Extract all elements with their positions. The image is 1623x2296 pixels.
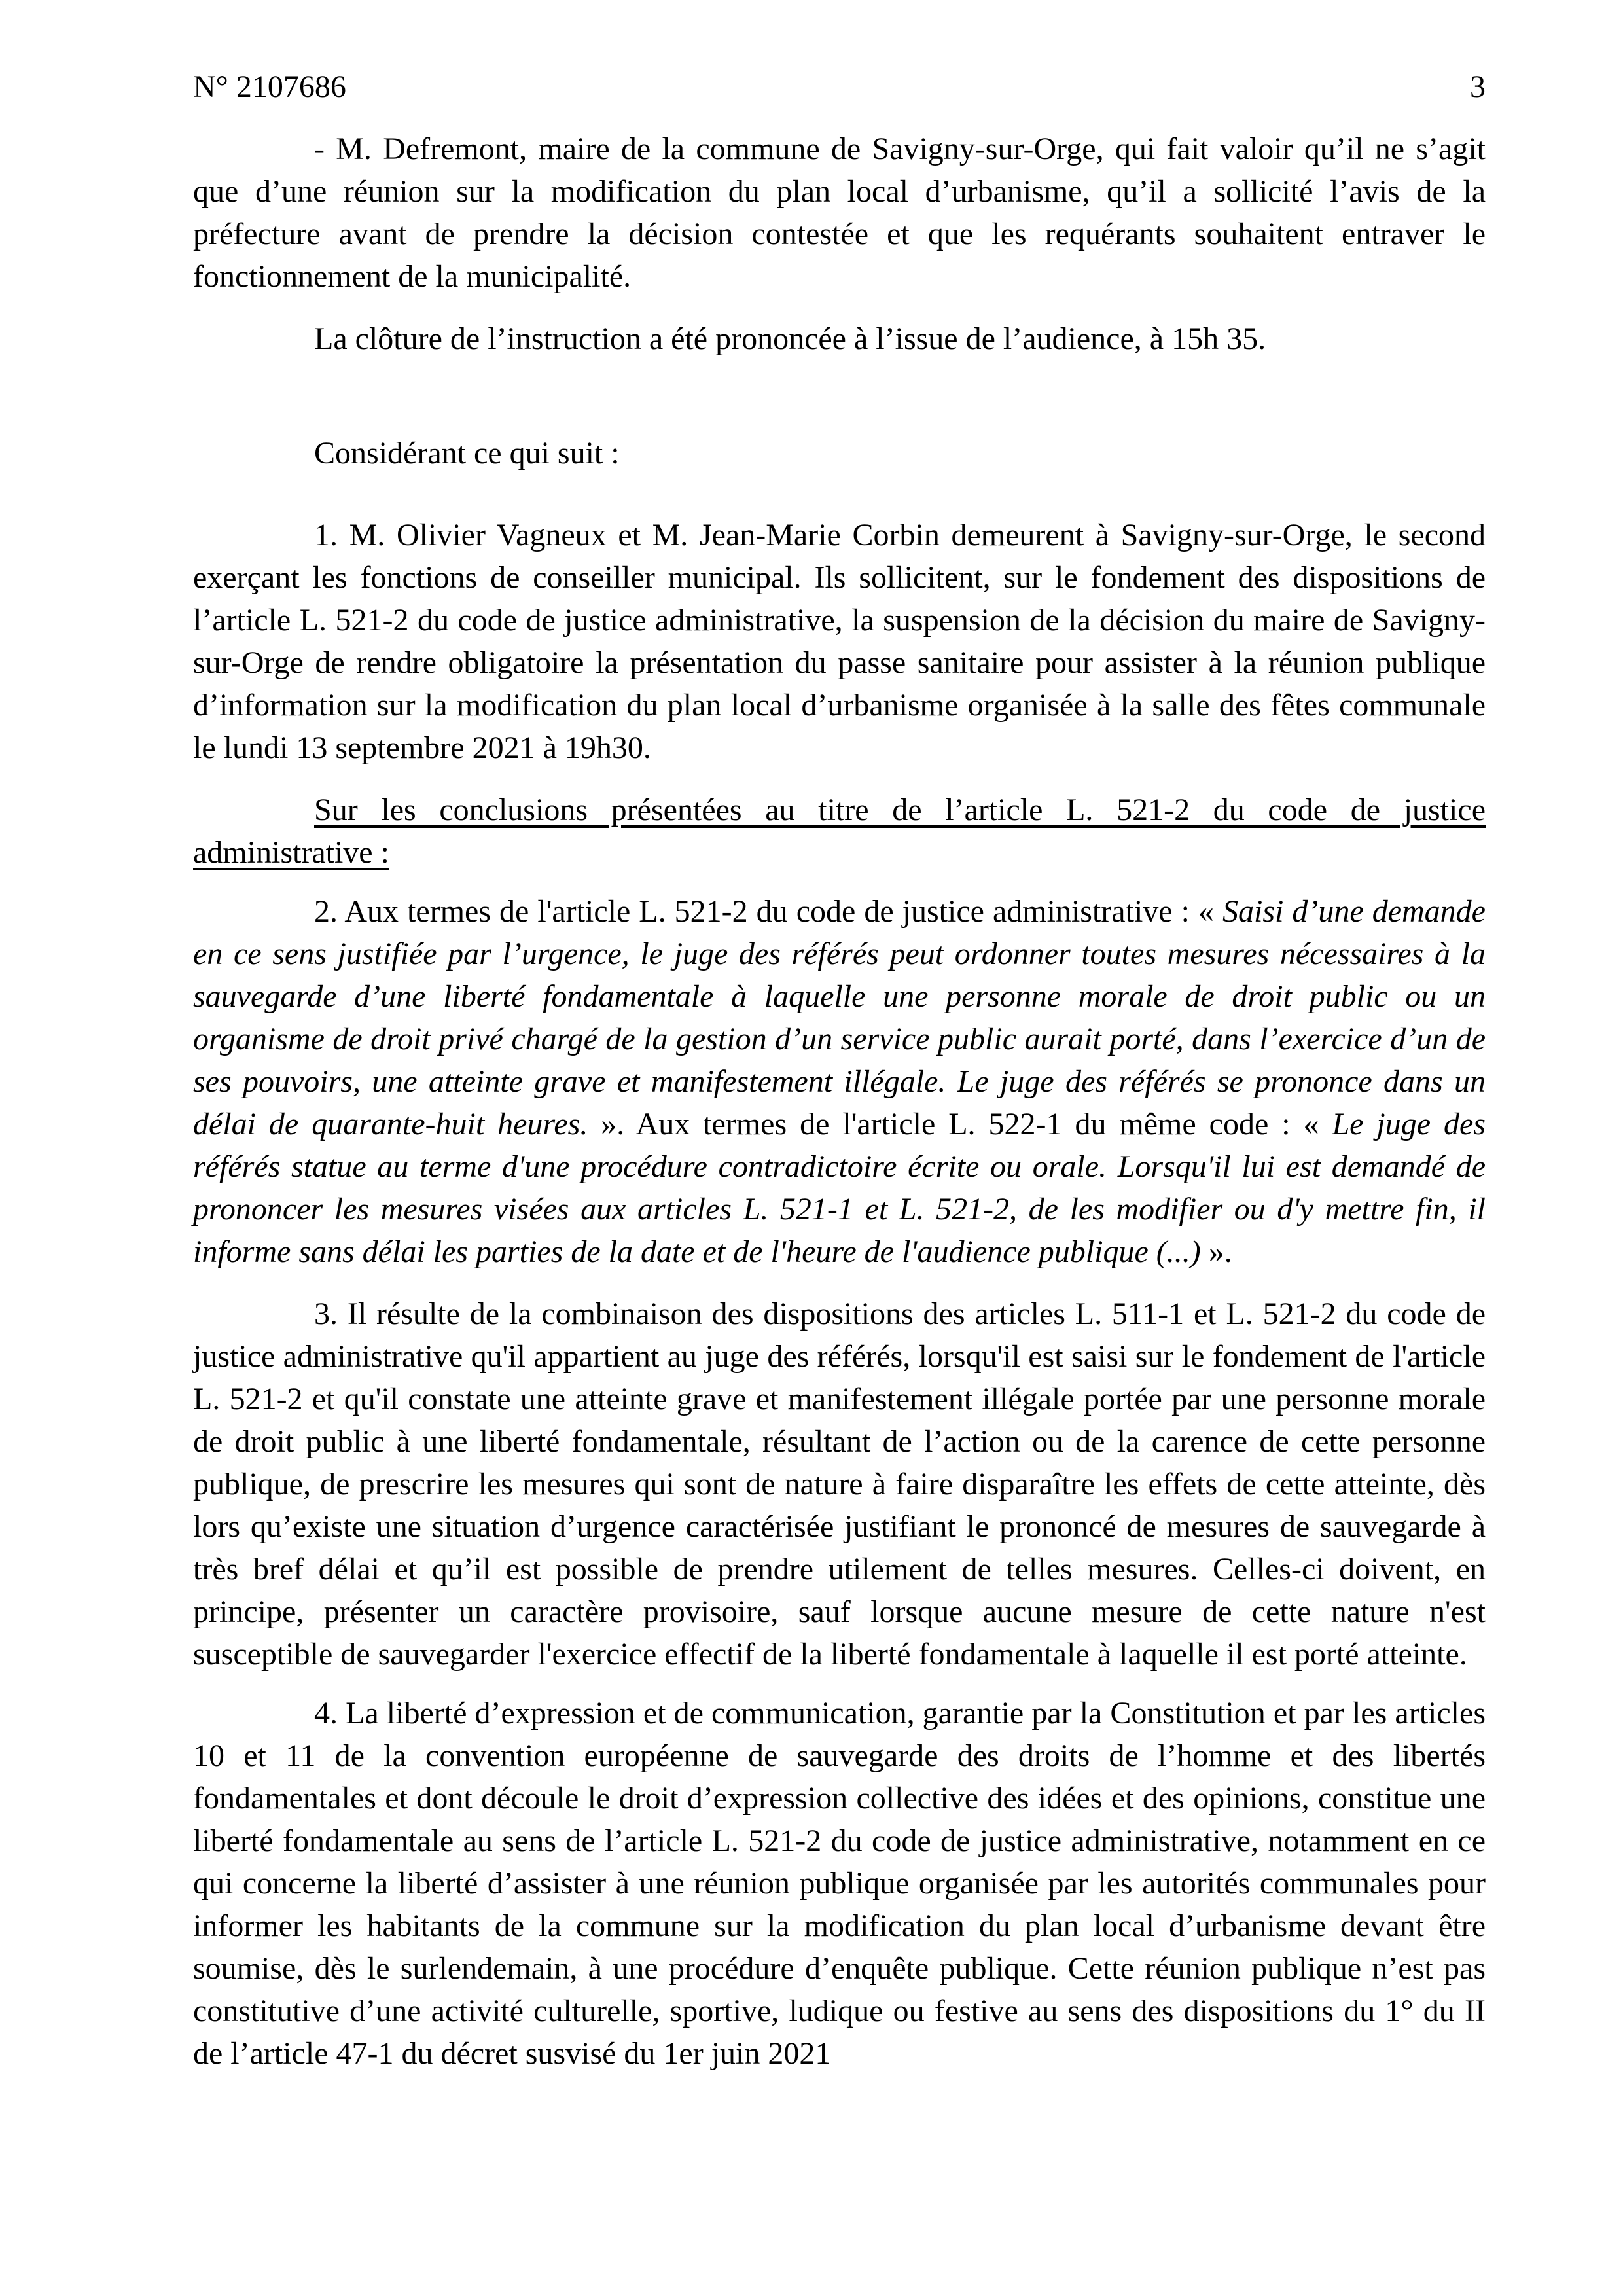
paragraph-4-liberte-expression: 4. La liberté d’expression et de communi… [193, 1692, 1486, 2075]
paragraph-2-quote-article-521-2: Saisi d’une demande en ce sens justifiée… [193, 894, 1486, 1141]
document-page: N° 2107686 3 - M. Defremont, maire de la… [0, 0, 1623, 2296]
page-header: N° 2107686 3 [193, 65, 1486, 108]
case-number: N° 2107686 [193, 65, 346, 108]
paragraph-cloture-instruction: La clôture de l’instruction a été pronon… [193, 317, 1486, 360]
paragraph-2-intro: 2. Aux termes de l'article L. 521-2 du c… [314, 894, 1222, 929]
paragraph-3-office-juge-referes: 3. Il résulte de la combinaison des disp… [193, 1293, 1486, 1676]
paragraph-considerant: Considérant ce qui suit : [193, 432, 1486, 475]
paragraph-1-vagneux-corbin: 1. M. Olivier Vagneux et M. Jean-Marie C… [193, 514, 1486, 769]
section-heading-conclusions-521-2: Sur les conclusions présentées au titre … [193, 789, 1486, 874]
paragraph-defremont: - M. Defremont, maire de la commune de S… [193, 128, 1486, 298]
page-number: 3 [1470, 65, 1486, 108]
paragraph-2-citations-code-justice: 2. Aux termes de l'article L. 521-2 du c… [193, 890, 1486, 1273]
paragraph-2-closing-guillemet: ». [1209, 1234, 1232, 1269]
paragraph-2-transition: ». Aux termes de l'article L. 522-1 du m… [601, 1107, 1332, 1141]
